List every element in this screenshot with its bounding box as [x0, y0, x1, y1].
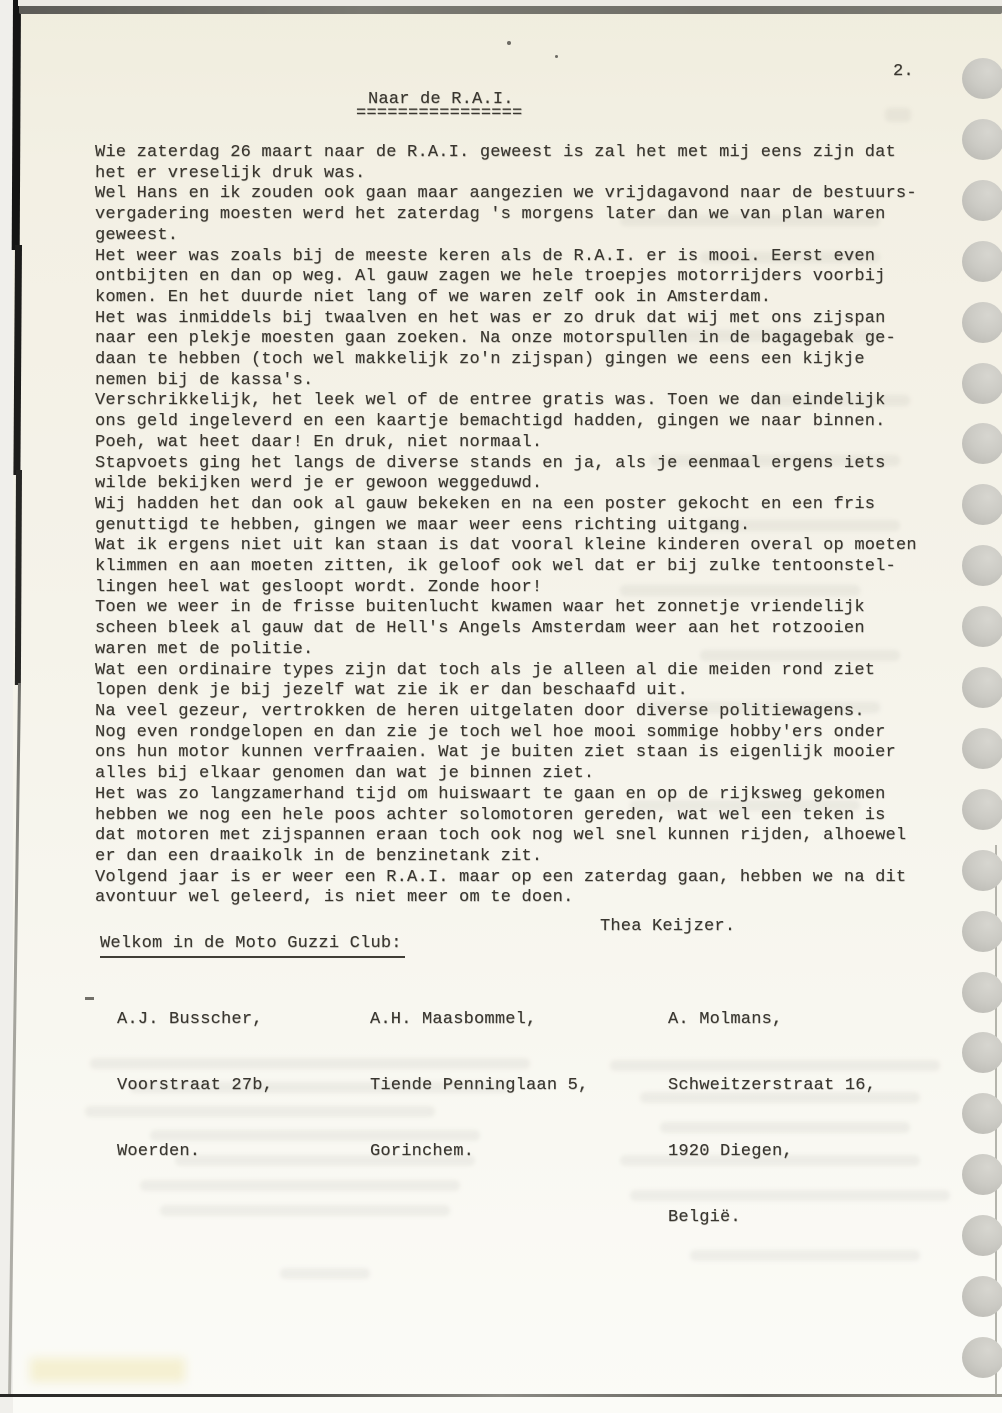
- paper-stain: [30, 1358, 185, 1382]
- member-city: 1920 Diegen,: [668, 1141, 876, 1163]
- binding-hole: [962, 363, 1002, 404]
- binding-hole: [962, 606, 1002, 647]
- scanned-newsletter-page: 2. Naar de R.A.I. ================ Wie z…: [0, 0, 1002, 1413]
- member-entry: A.J. Busscher, Voorstraat 27b, Woerden.: [117, 965, 273, 1207]
- binding-hole: [962, 1276, 1002, 1317]
- member-city: Gorinchem.: [370, 1141, 588, 1163]
- binding-hole: [962, 1154, 1002, 1195]
- scan-speck: [507, 41, 511, 45]
- signature: Thea Keijzer.: [600, 917, 735, 936]
- member-street: Tiende Penninglaan 5,: [370, 1075, 588, 1097]
- member-country: België.: [668, 1207, 876, 1229]
- scan-top-edge-shadow: [19, 6, 1002, 14]
- binding-hole: [962, 972, 1002, 1013]
- binding-hole: [962, 545, 1002, 586]
- binding-hole: [962, 1093, 1002, 1134]
- welcome-heading: Welkom in de Moto Guzzi Club:: [100, 934, 405, 958]
- scan-left-edge-shadow: [15, 470, 22, 685]
- member-entry: A.H. Maasbommel, Tiende Penninglaan 5, G…: [370, 965, 588, 1207]
- scan-left-edge-shadow: [13, 245, 22, 475]
- binding-hole: [962, 1215, 1002, 1256]
- binding-hole: [962, 1032, 1002, 1073]
- binding-hole: [962, 850, 1002, 891]
- member-entry: A. Molmans, Schweitzerstraat 16, 1920 Di…: [668, 965, 876, 1273]
- bleed-through-smudge: [280, 1268, 370, 1279]
- member-city: Woerden.: [117, 1141, 273, 1163]
- scan-bottom-edge-shadow: [0, 1394, 1002, 1397]
- binding-hole: [962, 119, 1002, 160]
- member-name: A.J. Busscher,: [117, 1009, 273, 1031]
- binding-hole: [962, 728, 1002, 769]
- scan-speck: [555, 55, 558, 58]
- page-number: 2.: [893, 62, 914, 81]
- binding-hole: [962, 180, 1002, 221]
- article-title-underline: ================: [356, 104, 522, 123]
- binding-hole: [962, 789, 1002, 830]
- bleed-through-smudge: [885, 108, 911, 122]
- binding-hole: [962, 241, 1002, 282]
- binding-hole: [962, 423, 1002, 464]
- member-street: Voorstraat 27b,: [117, 1075, 273, 1097]
- stray-typewriter-mark: [85, 997, 94, 1000]
- article-body: Wie zaterdag 26 maart naar de R.A.I. gew…: [95, 143, 917, 909]
- member-street: Schweitzerstraat 16,: [668, 1075, 876, 1097]
- member-name: A.H. Maasbommel,: [370, 1009, 588, 1031]
- binding-hole: [962, 911, 1002, 952]
- scan-left-edge-shadow: [12, 0, 21, 250]
- binding-hole: [962, 302, 1002, 343]
- member-name: A. Molmans,: [668, 1009, 876, 1031]
- binding-hole: [962, 1337, 1002, 1378]
- binding-hole: [962, 58, 1002, 99]
- binding-hole: [962, 484, 1002, 525]
- binding-hole: [962, 667, 1002, 708]
